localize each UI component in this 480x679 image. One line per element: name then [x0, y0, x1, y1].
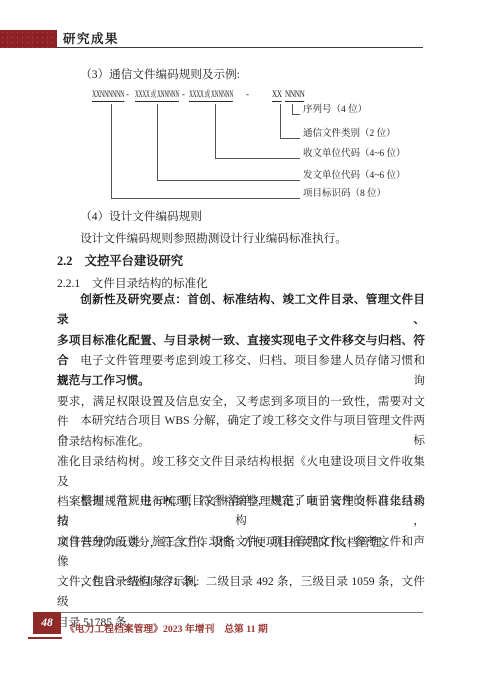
connector-line [157, 104, 158, 180]
page-number-underline [28, 637, 62, 639]
connector-line [280, 138, 300, 139]
connector-line [292, 114, 300, 115]
diagram-label-serial: 序列号（4 位） [303, 103, 367, 117]
paragraph-comm-coding-title: （3）通信文件编码规则及示例: [57, 65, 425, 85]
section-title: 研究成果 [63, 31, 119, 47]
connector-line [280, 104, 281, 138]
diagram-label-category: 通信文件类别（2 位） [303, 127, 396, 141]
code-segment-project: XXNNNNNN [92, 88, 124, 102]
text-line: 电子文件管理要考虑到竣工移交、归档、项目参建人员存储习惯和查询 [57, 351, 425, 392]
header-rule [57, 47, 423, 48]
connector-line [157, 180, 300, 181]
page-number-badge: 48 [33, 612, 61, 634]
connector-line [111, 198, 300, 199]
code-dash: - [246, 88, 249, 101]
code-segment-sender: XXXX 或 XNNNNN [135, 88, 179, 102]
text-line: （3）通信文件编码规则及示例: [57, 65, 425, 85]
section-tab-pattern-box [0, 30, 57, 48]
connector-line [111, 104, 112, 198]
text-line: 文件目录结构内容示例: [57, 572, 425, 592]
text-line: 设计文件编码规则参照勘测设计行业编码标准执行。 [57, 229, 425, 249]
coding-rule-diagram: XXNNNNNN - XXXX 或 XNNNNN - XXXX 或 XNNNNN… [57, 88, 425, 206]
journal-page: 研究成果 （3）通信文件编码规则及示例: XXNNNNNN - XXXX 或 X… [0, 0, 480, 679]
diagram-label-project: 项目标识码（8 位） [303, 187, 386, 201]
paragraph-design-coding-title: （4）设计文件编码规则 [57, 207, 425, 227]
text-line: 根据《常规电 EPC 项目文件清单》，规定了电子文件的标准化目录结构， [57, 491, 425, 532]
journal-footer-text: 《电力工程档案管理》2023 年增刊 总第 11 期 [65, 621, 268, 635]
diagram-label-sender: 发文单位代码（4~6 位） [303, 169, 406, 183]
code-dash: - [182, 88, 185, 101]
code-dash: - [126, 88, 129, 101]
paragraph-design-coding-body: 设计文件编码规则参照勘测设计行业编码标准执行。 [57, 229, 425, 249]
diagram-label-receiver: 收文单位代码（4~6 位） [303, 147, 406, 161]
text-line: 文件共分为五类：施工文件、设备文件、项目管理文件、参考文件和声像 [57, 532, 425, 573]
paragraph-example-intro: 文件目录结构内容示例: [57, 572, 425, 592]
text-line: 本研究结合项目 WBS 分解，确定了竣工移交文件与项目管理文件两个标 [57, 411, 425, 452]
text-line: 创新性及研究要点：首创、标准结构、竣工文件目录、管理文件目录、 [57, 290, 425, 331]
text-line: （4）设计文件编码规则 [57, 207, 425, 227]
connector-line [215, 158, 300, 159]
connector-line [292, 104, 293, 114]
code-segment-category: XX [272, 88, 282, 102]
text-line: 准化目录结构树。竣工移交文件目录结构根据《火电建设项目文件收集及 [57, 452, 425, 493]
code-segment-serial: NNNN [285, 88, 305, 102]
footer-rule [60, 612, 423, 613]
connector-line [215, 104, 216, 158]
heading-2-2: 2.2 文控平台建设研究 [57, 251, 425, 271]
code-segment-receiver: XXXX 或 XNNNNN [189, 88, 233, 102]
